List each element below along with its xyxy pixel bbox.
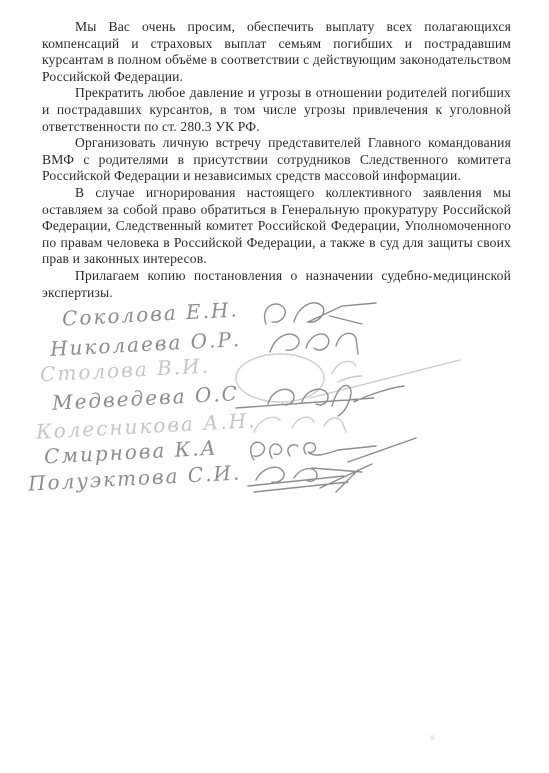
signature-name: Столова В.И. [39, 354, 210, 387]
paragraph-meeting: Организовать личную встречу представител… [42, 135, 511, 185]
paragraph-stop-pressure: Прекратить любое давление и угрозы в отн… [42, 85, 511, 135]
scan-speck [430, 735, 435, 740]
signature-row: Смирнова К.А [44, 440, 218, 464]
signature-row: Колесникова А.Н. [36, 414, 257, 438]
signature-name: Полуэктова С.И. [28, 460, 242, 495]
paragraph-legal-action: В случае игнорирования настоящего коллек… [42, 185, 511, 268]
signature-block: Соколова Е.Н. Николаева О.Р. Столова В.И… [0, 298, 549, 513]
signature-row: Полуэктова С.И. [28, 466, 241, 490]
signature-row: Медведева О.С [52, 386, 239, 410]
paragraph-attachment: Прилагаем копию постановления о назначен… [42, 268, 511, 301]
signature-flourish [240, 462, 380, 502]
signature-name: Соколова Е.Н. [61, 297, 239, 330]
signature-row: Столова В.И. [40, 358, 210, 382]
document-page: Мы Вас очень просим, обеспечить выплату … [0, 0, 549, 773]
signature-row: Соколова Е.Н. [62, 302, 239, 326]
signature-row: Николаева О.Р. [50, 332, 241, 356]
paragraph-compensations: Мы Вас очень просим, обеспечить выплату … [42, 19, 511, 85]
document-body: Мы Вас очень просим, обеспечить выплату … [42, 19, 511, 301]
